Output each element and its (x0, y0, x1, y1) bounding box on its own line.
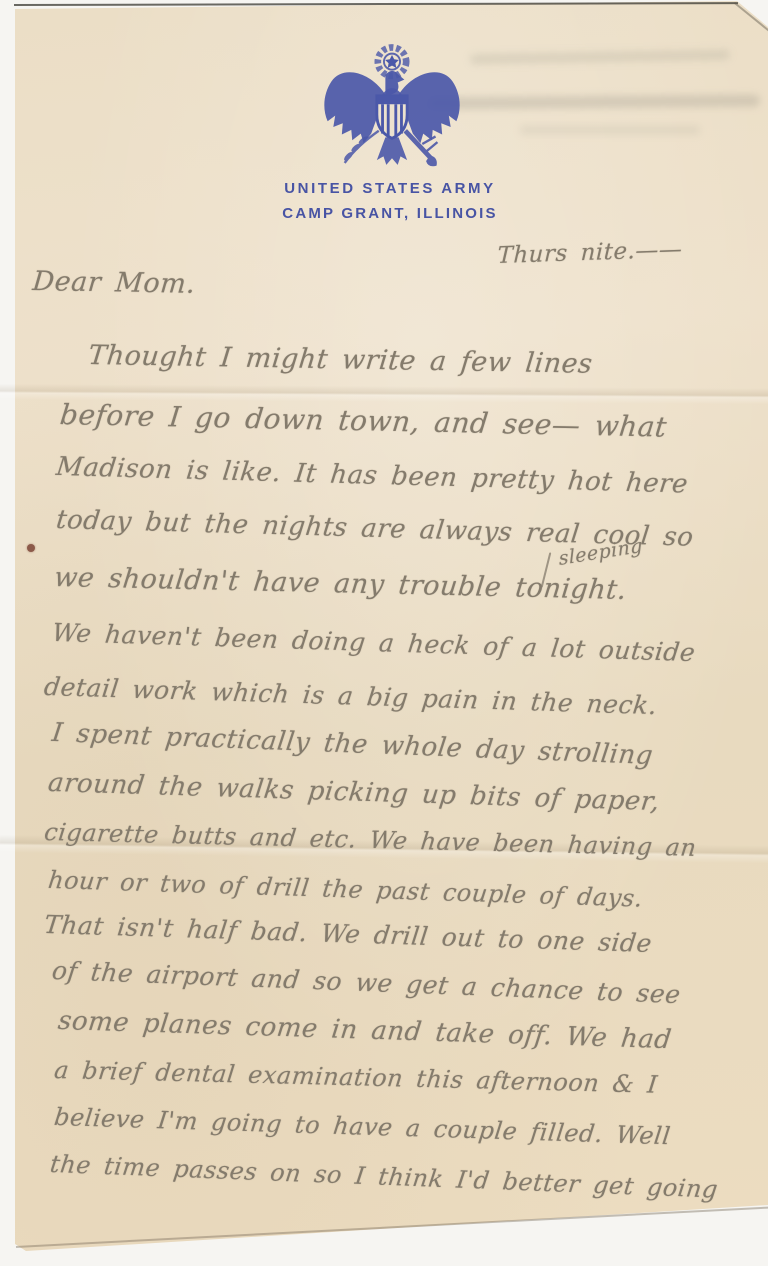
letterhead-org-name: UNITED STATES ARMY (234, 180, 546, 197)
paper-speck (27, 544, 35, 552)
army-eagle-seal-icon (314, 38, 470, 180)
salutation: Dear Mom. (31, 266, 196, 300)
letterhead-location: CAMP GRANT, ILLINOIS (234, 205, 546, 222)
letterhead: UNITED STATES ARMY CAMP GRANT, ILLINOIS (234, 180, 546, 222)
ink-bleedthrough-smudge (520, 126, 700, 134)
scanned-letter-page: { "document": { "type": "handwritten let… (0, 0, 768, 1266)
